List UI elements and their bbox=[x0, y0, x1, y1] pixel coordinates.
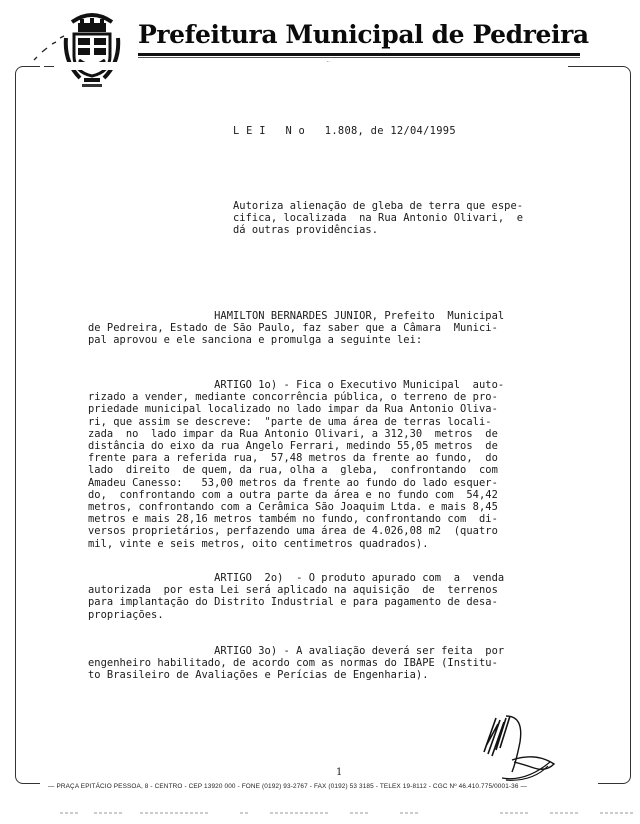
title-underline bbox=[138, 53, 580, 56]
handwritten-signature-icon bbox=[476, 712, 568, 784]
frame-tick-right bbox=[586, 66, 592, 67]
law-summary: Autoriza alienação de gleba de terra que… bbox=[233, 200, 523, 237]
title-underline-thin bbox=[138, 57, 580, 58]
law-preamble: HAMILTON BERNARDES JUNIOR, Prefeito Muni… bbox=[88, 310, 504, 347]
letterhead-footer-address: — PRAÇA EPITÁCIO PESSOA, 8 - CENTRO - CE… bbox=[48, 783, 527, 790]
letterhead-title: Prefeitura Municipal de Pedreira bbox=[138, 20, 589, 49]
article-3: ARTIGO 3o) - A avaliação deverá ser feit… bbox=[88, 645, 504, 682]
frame-gap-top bbox=[40, 62, 568, 70]
frame-tick-bottom-right bbox=[598, 783, 612, 784]
article-1: ARTIGO 1o) - Fica o Executivo Municipal … bbox=[88, 379, 504, 550]
scan-artifact-marks bbox=[60, 810, 640, 816]
article-2: ARTIGO 2o) - O produto apurado com a ven… bbox=[88, 572, 504, 621]
frame-tick-left bbox=[44, 66, 54, 67]
footer-text: PRAÇA EPITÁCIO PESSOA, 8 - CENTRO - CEP … bbox=[56, 783, 518, 790]
law-number-header: L E I N o 1.808, de 12/04/1995 bbox=[233, 125, 456, 137]
page-number: 1 bbox=[336, 767, 342, 778]
